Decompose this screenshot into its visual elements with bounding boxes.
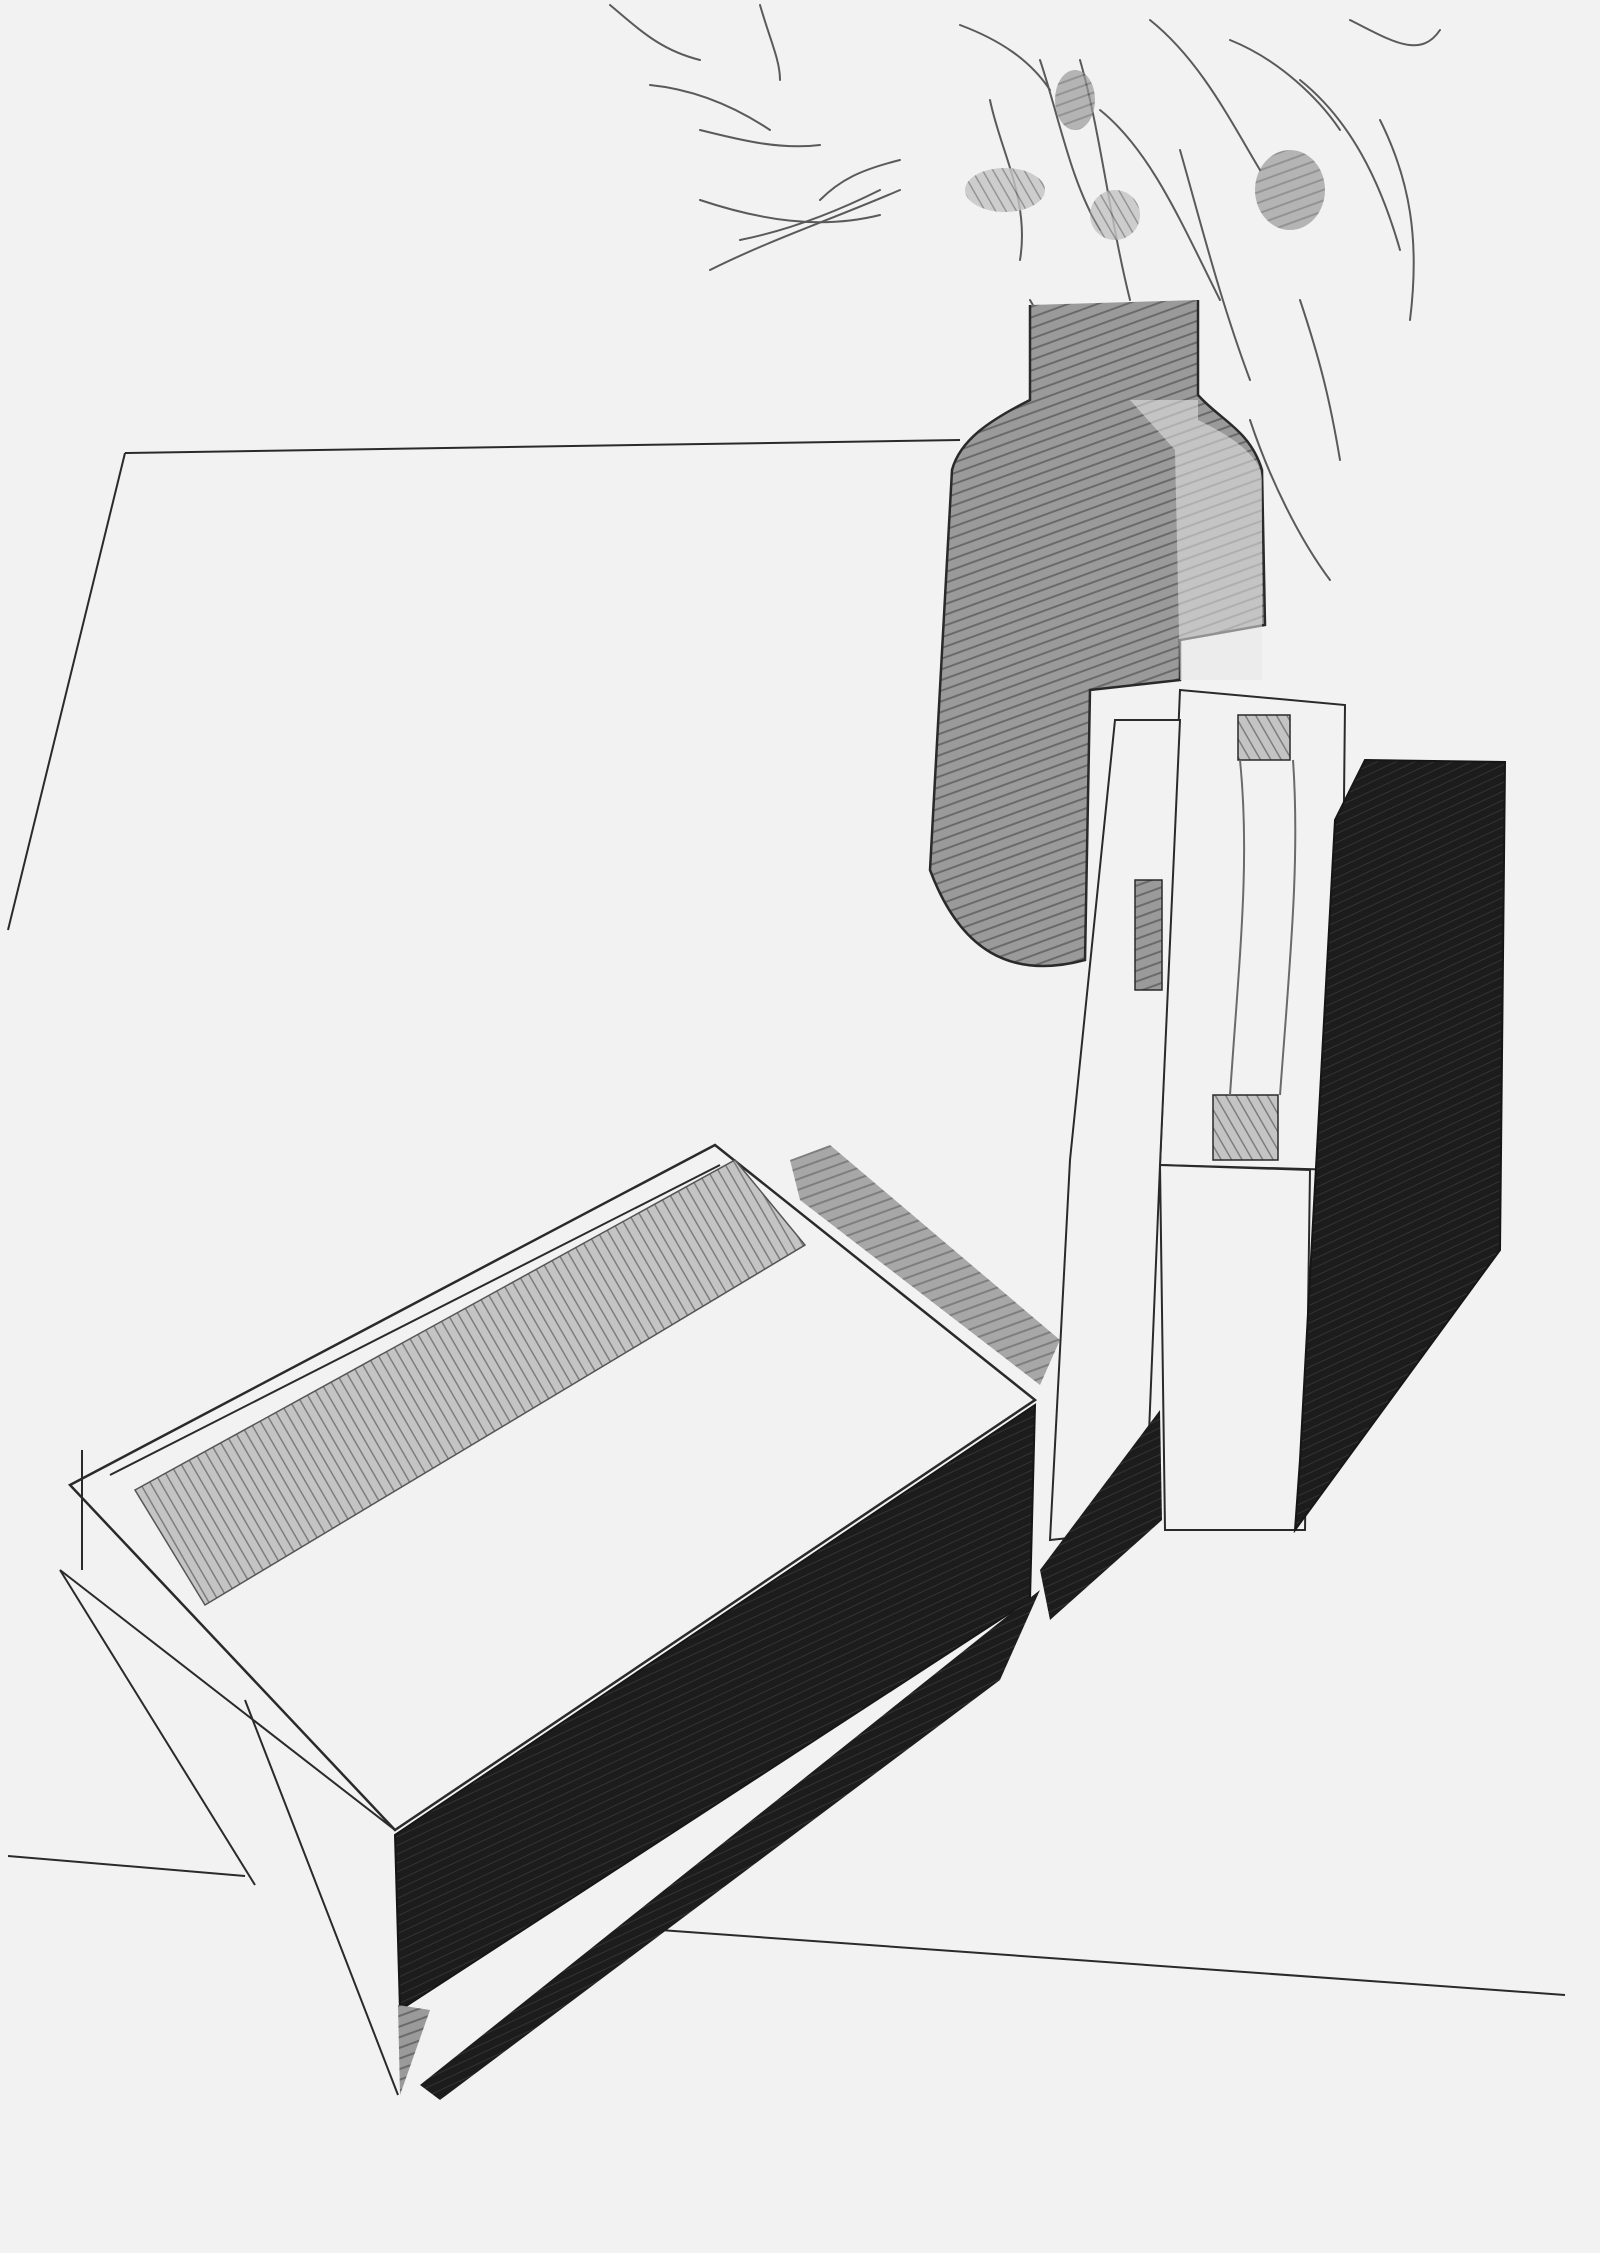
pencil-drawing <box>0 0 1600 2253</box>
standing-panel <box>1050 690 1345 1540</box>
foliage-shading <box>965 70 1325 240</box>
tray <box>60 1145 1040 2100</box>
drawing-sheet: Pencil still-life sketch <box>0 0 1600 2253</box>
